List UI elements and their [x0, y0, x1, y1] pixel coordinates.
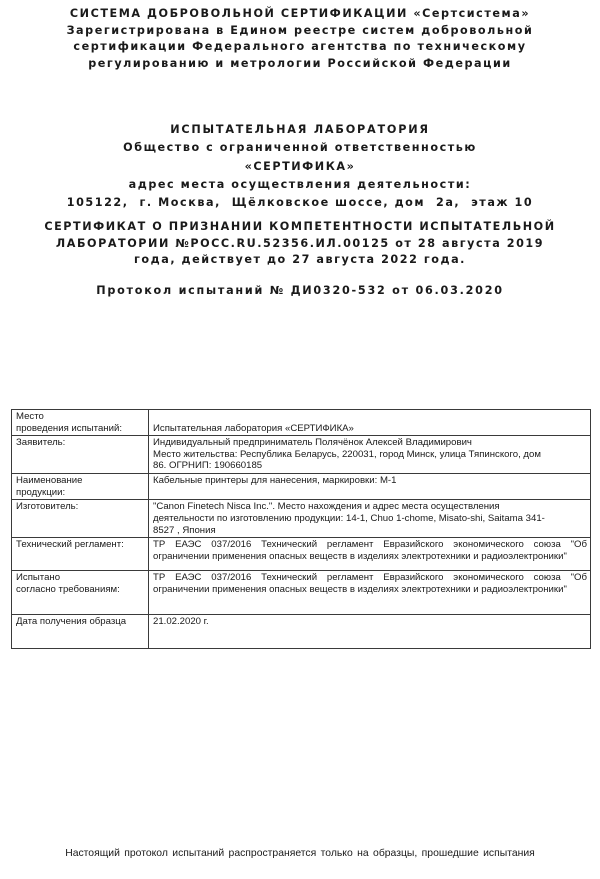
- certificate-line: ЛАБОРАТОРИИ №РОСС.RU.52356.ИЛ.00125 от 2…: [0, 236, 600, 253]
- address-label: адрес места осуществления деятельности:: [0, 176, 600, 194]
- row-label-line: согласно требованиям:: [16, 584, 145, 596]
- row-label: Технический регламент:: [12, 538, 149, 571]
- table-row: Наименование продукции: Кабельные принте…: [12, 474, 591, 500]
- row-label: Заявитель:: [12, 436, 149, 474]
- laboratory-header: ИСПЫТАТЕЛЬНАЯ ЛАБОРАТОРИЯ Общество с огр…: [0, 121, 600, 212]
- tested-requirements-value: ТР ЕАЭС 037/2016 Технический регламент Е…: [149, 571, 591, 615]
- row-value-line: 86. ОГРНИП: 190660185: [153, 460, 587, 472]
- row-value-line: Испытательная лаборатория «СЕРТИФИКА»: [153, 423, 587, 435]
- row-label: Наименование продукции:: [12, 474, 149, 500]
- row-label: Место проведения испытаний:: [12, 410, 149, 436]
- accreditation-certificate: СЕРТИФИКАТ О ПРИЗНАНИИ КОМПЕТЕНТНОСТИ ИС…: [0, 219, 600, 269]
- address-value: 105122, г. Москва, Щёлковское шоссе, дом…: [0, 194, 600, 212]
- spacer-line: [153, 411, 587, 423]
- certificate-line: СЕРТИФИКАТ О ПРИЗНАНИИ КОМПЕТЕНТНОСТИ ИС…: [0, 219, 600, 236]
- system-registration-line: Зарегистрирована в Едином реестре систем…: [0, 23, 600, 40]
- row-label: Дата получения образца: [12, 615, 149, 649]
- table-row: Испытано согласно требованиям: ТР ЕАЭС 0…: [12, 571, 591, 615]
- row-value-line: Индивидуальный предприниматель Полячёнок…: [153, 437, 587, 449]
- row-value-line: "Canon Finetech Nisca Inc.". Место нахож…: [153, 501, 587, 513]
- testing-location-value: Испытательная лаборатория «СЕРТИФИКА»: [149, 410, 591, 436]
- row-label-line: Место: [16, 411, 145, 423]
- row-value-line: Место жительства: Республика Беларусь, 2…: [153, 449, 587, 461]
- product-name-value: Кабельные принтеры для нанесения, маркир…: [149, 474, 591, 500]
- table-row: Изготовитель: "Canon Finetech Nisca Inc.…: [12, 500, 591, 538]
- laboratory-title: ИСПЫТАТЕЛЬНАЯ ЛАБОРАТОРИЯ: [0, 121, 600, 139]
- sample-received-date-value: 21.02.2020 г.: [149, 615, 591, 649]
- table-row: Технический регламент: ТР ЕАЭС 037/2016 …: [12, 538, 591, 571]
- row-label-line: Испытано: [16, 572, 145, 584]
- row-label-line: продукции:: [16, 487, 145, 499]
- company-name: «СЕРТИФИКА»: [0, 158, 600, 176]
- system-registration-line: сертификации Федерального агентства по т…: [0, 39, 600, 56]
- row-value-line: деятельности по изготовлению продукции: …: [153, 513, 587, 525]
- protocol-info-table: Место проведения испытаний: Испытательна…: [11, 409, 591, 649]
- system-title: СИСТЕМА ДОБРОВОЛЬНОЙ СЕРТИФИКАЦИИ «Сертс…: [0, 6, 600, 23]
- footer-note: Настоящий протокол испытаний распростран…: [0, 847, 600, 860]
- row-value-line: 8527 , Япония: [153, 525, 587, 537]
- row-label-line: Наименование: [16, 475, 145, 487]
- table-row: Место проведения испытаний: Испытательна…: [12, 410, 591, 436]
- company-form: Общество с ограниченной ответственностью: [0, 139, 600, 157]
- row-label-line: проведения испытаний:: [16, 423, 145, 435]
- table-row: Дата получения образца 21.02.2020 г.: [12, 615, 591, 649]
- manufacturer-value: "Canon Finetech Nisca Inc.". Место нахож…: [149, 500, 591, 538]
- certificate-line: года, действует до 27 августа 2022 года.: [0, 252, 600, 269]
- certification-system-header: СИСТЕМА ДОБРОВОЛЬНОЙ СЕРТИФИКАЦИИ «Сертс…: [0, 6, 600, 72]
- table-row: Заявитель: Индивидуальный предпринимател…: [12, 436, 591, 474]
- row-label: Изготовитель:: [12, 500, 149, 538]
- row-label: Испытано согласно требованиям:: [12, 571, 149, 615]
- technical-regulation-value: ТР ЕАЭС 037/2016 Технический регламент Е…: [149, 538, 591, 571]
- protocol-title: Протокол испытаний № ДИ0320-532 от 06.03…: [0, 283, 600, 300]
- system-registration-line: регулированию и метрологии Российской Фе…: [0, 56, 600, 73]
- applicant-value: Индивидуальный предприниматель Полячёнок…: [149, 436, 591, 474]
